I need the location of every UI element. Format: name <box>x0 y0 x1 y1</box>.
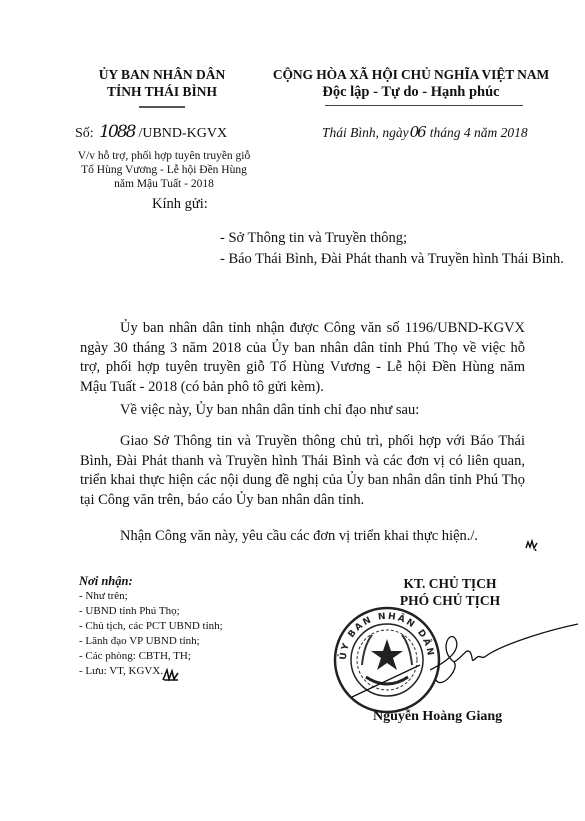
body-paragraph-3: Giao Sở Thông tin và Truyền thông chủ tr… <box>80 432 525 510</box>
date-suffix: tháng 4 năm 2018 <box>430 125 528 140</box>
distribution-item: - Lưu: VT, KGVX. <box>79 664 309 679</box>
salutation: Kính gửi: <box>152 196 208 213</box>
paragraph-text: Về việc này, Ủy ban nhân dân tỉnh chỉ đạ… <box>120 402 419 418</box>
authority-line-1: ỦY BAN NHÂN DÂN <box>62 66 262 83</box>
distribution-title: Nơi nhận: <box>79 573 309 589</box>
body-paragraph-2: Về việc này, Ủy ban nhân dân tỉnh chỉ đạ… <box>80 401 525 421</box>
body-paragraph-4: Nhận Công văn này, yêu cầu các đơn vị tr… <box>80 527 525 547</box>
signer-title-1: KT. CHỦ TỊCH <box>350 575 550 592</box>
authority-line-2: TỈNH THÁI BÌNH <box>62 83 262 100</box>
motto-underline <box>325 105 523 106</box>
paragraph-text: Ủy ban nhân dân tỉnh nhận được Công văn … <box>80 320 525 395</box>
date-prefix: Thái Bình, ngày <box>322 125 409 140</box>
distribution-item: - Như trên; <box>79 589 309 604</box>
distribution-item: - Chủ tịch, các PCT UBND tỉnh; <box>79 619 309 634</box>
date-line: Thái Bình, ngày06tháng 4 năm 2018 <box>322 123 528 142</box>
nation-line-1: CỘNG HÒA XÃ HỘI CHỦ NGHĨA VIỆT NAM <box>256 66 566 83</box>
official-seal: ỦY BAN NHÂN DÂN TỈNH THÁI BÌNH <box>332 605 442 715</box>
subject-line: V/v hỗ trợ, phối hợp tuyên truyền giỗ Tổ… <box>74 149 254 191</box>
date-day-handwritten: 06 <box>410 123 425 141</box>
number-prefix: Số: <box>75 126 94 141</box>
nation-line-2: Độc lập - Tự do - Hạnh phúc <box>256 83 566 101</box>
paragraph-text: Giao Sở Thông tin và Truyền thông chủ tr… <box>80 433 525 508</box>
authority-underline <box>139 106 185 108</box>
signer-name: Nguyễn Hoàng Giang <box>373 709 502 725</box>
number-handwritten: 1088 <box>99 122 134 142</box>
distribution-item: - Các phòng: CBTH, TH; <box>79 649 309 664</box>
recipients-list: - Sở Thông tin và Truyền thông; - Báo Th… <box>220 228 564 270</box>
distribution-list: Nơi nhận: - Như trên; - UBND tỉnh Phú Th… <box>79 573 309 679</box>
document-number: Số: 1088/UBND-KGVX <box>75 123 227 143</box>
distribution-item: - Lãnh đạo VP UBND tỉnh; <box>79 634 309 649</box>
national-motto: CỘNG HÒA XÃ HỘI CHỦ NGHĨA VIỆT NAM Độc l… <box>256 66 566 106</box>
initials-mark <box>525 538 539 556</box>
distribution-item: - UBND tỉnh Phú Thọ; <box>79 604 309 619</box>
recipient-item: - Sở Thông tin và Truyền thông; <box>220 228 564 249</box>
paragraph-text: Nhận Công văn này, yêu cầu các đơn vị tr… <box>120 528 478 544</box>
signer-title-2: PHÓ CHỦ TỊCH <box>350 592 550 609</box>
recipient-item: - Báo Thái Bình, Đài Phát thanh và Truyề… <box>220 249 564 270</box>
issuing-authority: ỦY BAN NHÂN DÂN TỈNH THÁI BÌNH <box>62 66 262 108</box>
handwritten-signature <box>430 620 580 695</box>
signature-block: KT. CHỦ TỊCH PHÓ CHỦ TỊCH <box>350 575 550 609</box>
body-paragraph-1: Ủy ban nhân dân tỉnh nhận được Công văn … <box>80 319 525 397</box>
number-suffix: /UBND-KGVX <box>138 126 227 141</box>
